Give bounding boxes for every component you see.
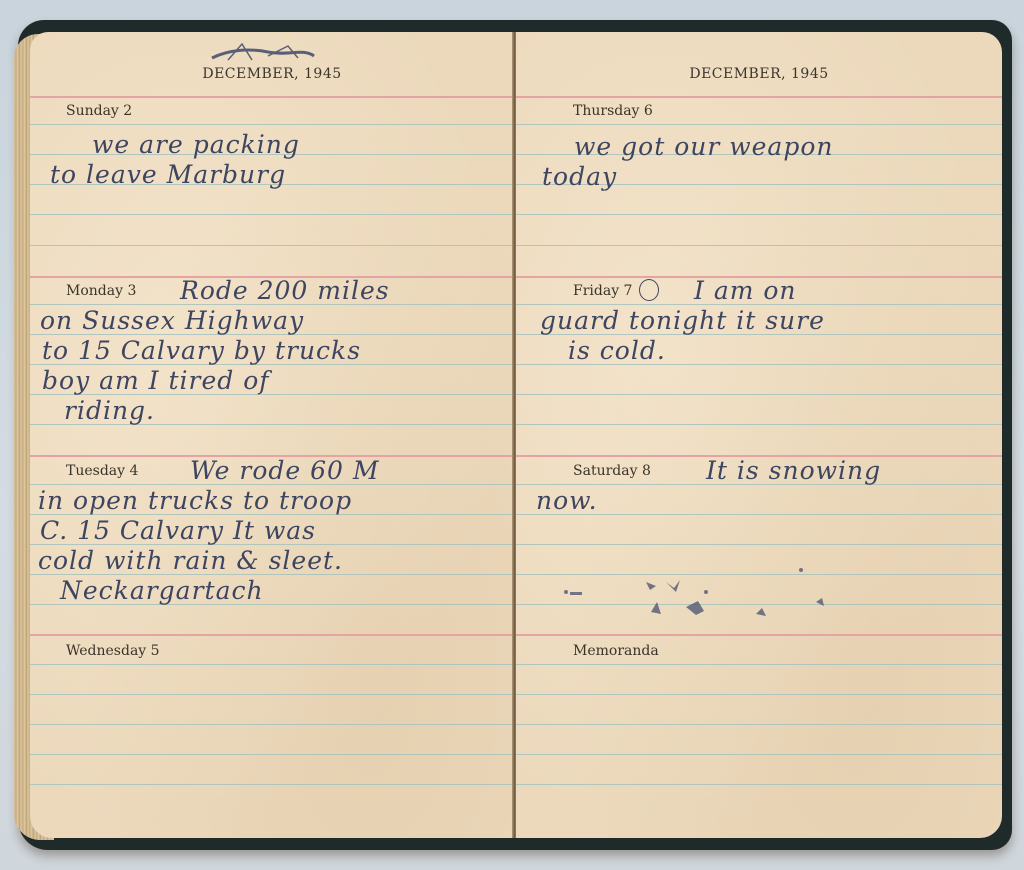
entry-text: in open trucks to troop [38, 486, 352, 516]
circled-date-mark [639, 279, 659, 301]
entry-text: we got our weapon [574, 132, 834, 162]
day-label-monday: Monday 3 [66, 283, 136, 299]
entry-text: is cold. [568, 336, 666, 366]
entry-text: It is snowing [706, 456, 881, 486]
month-header: DECEMBER, 1945 [30, 66, 514, 82]
day-label-thursday: Thursday 6 [573, 103, 653, 119]
entry-text: today [542, 162, 617, 192]
memoranda-label: Memoranda [573, 643, 659, 659]
entry-text: to 15 Calvary by trucks [42, 336, 361, 366]
entry-text: to leave Marburg [50, 160, 286, 190]
entry-text: Rode 200 miles [180, 276, 390, 306]
day-label-sunday: Sunday 2 [66, 103, 132, 119]
crossed-out-scribble [208, 42, 318, 64]
entry-text: I am on [694, 276, 797, 306]
entry-text: we are packing [92, 130, 300, 160]
month-header: DECEMBER, 1945 [516, 66, 1002, 82]
day-label-saturday: Saturday 8 [573, 463, 651, 479]
entry-text: guard tonight it sure [540, 306, 825, 336]
left-page: DECEMBER, 1945 Sunday 2 we are packing t… [30, 32, 514, 838]
entry-text: C. 15 Calvary It was [40, 516, 316, 546]
entry-text: We rode 60 M [190, 456, 380, 486]
entry-text: Neckargartach [60, 576, 264, 606]
entry-text: boy am I tired of [42, 366, 270, 396]
entry-text: now. [536, 486, 598, 516]
ink-blots [556, 552, 886, 632]
day-label-friday: Friday 7 [573, 283, 632, 299]
entry-text: cold with rain & sleet. [38, 546, 343, 576]
right-page: DECEMBER, 1945 Thursday 6 we got our wea… [516, 32, 1002, 838]
day-label-wednesday: Wednesday 5 [66, 643, 160, 659]
entry-text: on Sussex Highway [40, 306, 304, 336]
entry-text: riding. [64, 396, 155, 426]
day-label-tuesday: Tuesday 4 [66, 463, 138, 479]
